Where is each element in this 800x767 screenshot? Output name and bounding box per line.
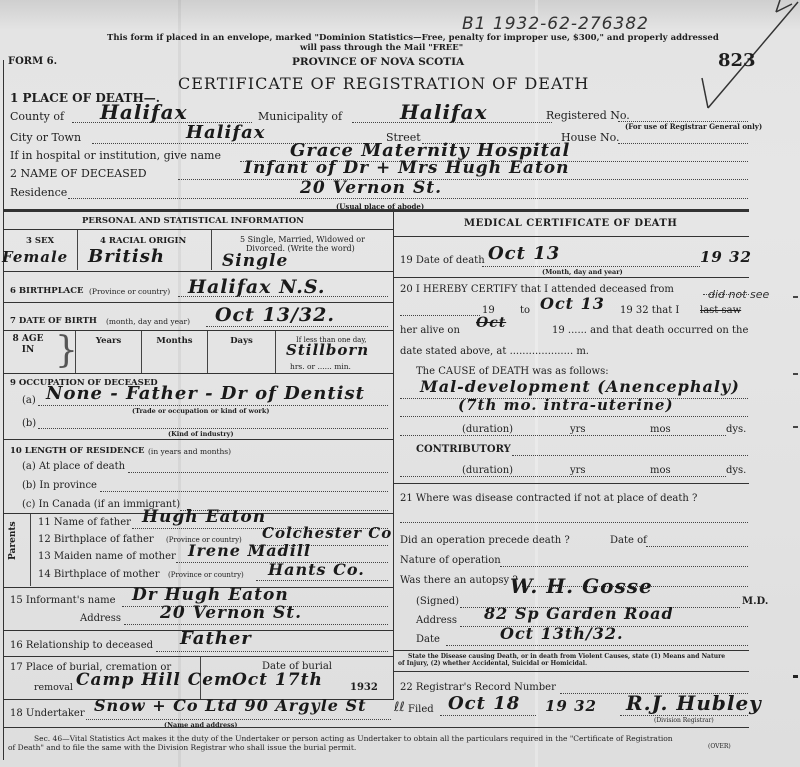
duration-label: (duration) — [462, 424, 513, 435]
municipality-value: Halifax — [400, 100, 488, 124]
certificate-date-value: Oct 13th/32. — [500, 624, 624, 643]
relationship-field-line — [156, 651, 388, 652]
certify-alive-label: her alive on — [400, 325, 460, 336]
mother-birthplace-value: Hants Co. — [268, 560, 365, 579]
footer-line-1: Sec. 46—Vital Statistics Act makes it th… — [34, 734, 673, 743]
certificate-date-line — [446, 645, 748, 646]
marital-status-label: 5 Single, Married, Widowed or — [240, 235, 365, 244]
instructions-line-2: of Injury, (2) whether Accidental, Suici… — [398, 660, 587, 667]
column-divider — [393, 212, 394, 700]
age-value: Stillborn — [286, 341, 369, 359]
date-of-death-label: 19 Date of death — [400, 255, 485, 266]
filed-year: 19 32 — [545, 697, 597, 715]
birthplace-value: Halifax N.S. — [188, 276, 326, 298]
date-of-birth-value: Oct 13/32. — [215, 304, 335, 326]
cause-field-line-2 — [400, 416, 748, 417]
footer-line-2: of Death" and to file the same with the … — [8, 743, 356, 752]
filed-prefix-mark: ℓℓ — [394, 700, 405, 715]
edge-mark — [793, 675, 798, 678]
death-certificate-page: B1 1932-62-276382 This form if placed in… — [0, 0, 800, 767]
occupation-a-note: (Trade or occupation or kind of work) — [132, 407, 269, 415]
duration-dys: dys. — [726, 424, 746, 435]
undertaker-label: 18 Undertaker — [10, 708, 85, 719]
archive-annotation-number: B1 1932-62-276382 — [462, 14, 649, 34]
age-months-label: Months — [142, 336, 207, 346]
row-line — [3, 439, 393, 440]
parents-divider — [30, 514, 31, 586]
informant-address-value: 20 Vernon St. — [160, 603, 302, 623]
certify-to-year: 19 32 that I — [620, 305, 679, 316]
md-label: M.D. — [742, 596, 768, 607]
certify-last-saw: last saw — [700, 305, 741, 316]
signed-label: (Signed) — [416, 596, 459, 607]
occupation-b-prefix: (b) — [22, 418, 36, 429]
duration-field-line — [400, 435, 726, 436]
duration-mos: mos — [650, 424, 671, 435]
age-hrs-min: hrs. or ...... min. — [290, 362, 351, 371]
burial-removal-label: removal — [34, 682, 73, 693]
operation-nature-line — [500, 566, 748, 567]
row-line — [393, 671, 749, 672]
father-birthplace-value: Colchester Co — [262, 524, 392, 542]
occupation-a-field-line — [38, 405, 388, 406]
informant-address-field-line — [124, 624, 388, 625]
sex-label: 3 SEX — [10, 236, 70, 246]
certify-annotation: did not see — [708, 288, 769, 301]
residence-value: 20 Vernon St. — [300, 178, 442, 198]
age-days-label: Days — [208, 336, 275, 346]
operation-label: Did an operation precede death ? — [400, 535, 570, 546]
section-divider — [3, 209, 749, 212]
birthplace-label: 6 BIRTHPLACE — [10, 286, 84, 296]
parents-side-label: Parents — [8, 521, 18, 560]
municipality-label: Municipality of — [258, 110, 342, 123]
physician-address-label: Address — [416, 615, 457, 626]
registrar-signature-line — [620, 715, 748, 716]
residence-length-note: (in years and months) — [148, 447, 231, 456]
left-border — [3, 60, 4, 760]
contributory-duration-line — [400, 476, 726, 477]
deceased-name-label: 2 NAME OF DECEASED — [10, 167, 147, 180]
row-line — [393, 236, 749, 237]
stamp-number: 823 — [718, 50, 756, 71]
mother-maiden-label: 13 Maiden name of mother — [38, 551, 176, 562]
burial-place-value: Camp Hill Cem — [76, 670, 233, 690]
date-of-birth-label: 7 DATE OF BIRTH — [10, 316, 97, 326]
edge-mark — [793, 296, 798, 298]
certify-occurred: 19 ...... and that death occurred on the — [552, 325, 748, 336]
row-line — [3, 271, 393, 272]
province-heading: PROVINCE OF NOVA SCOTIA — [292, 56, 464, 68]
registered-no-note: (For use of Registrar General only) — [625, 122, 762, 131]
relationship-label: 16 Relationship to deceased — [10, 640, 153, 651]
deceased-name-field-line — [178, 179, 748, 180]
age-label-2: IN — [10, 345, 46, 355]
residence-field-line — [68, 198, 748, 199]
cell-divider — [275, 331, 276, 373]
residence-a-field-line — [128, 472, 388, 473]
contributory-yrs: yrs — [570, 465, 586, 476]
residence-in-province: (b) In province — [22, 480, 97, 491]
relationship-value: Father — [180, 628, 252, 649]
footer-over: (OVER) — [708, 743, 731, 750]
sex-value: Female — [2, 248, 68, 266]
certify-time: date stated above, at ..................… — [400, 346, 589, 357]
row-line — [393, 277, 749, 278]
certificate-date-label: Date — [416, 634, 440, 645]
occupation-b-note: (Kind of industry) — [168, 430, 234, 438]
row-line — [3, 727, 749, 728]
edge-mark — [793, 373, 798, 375]
certify-to-label: to — [520, 305, 530, 316]
cause-of-death-value-2: (7th mo. intra-uterine) — [458, 396, 674, 414]
occupation-a-value: None - Father - Dr of Dentist — [46, 383, 365, 404]
age-label: 8 AGE — [10, 334, 46, 344]
contributory-dys: dys. — [726, 465, 746, 476]
dob-field-line — [206, 326, 388, 327]
birthplace-note: (Province or country) — [89, 287, 170, 296]
mail-notice-2: will pass through the Mail "FREE" — [300, 43, 463, 53]
informant-name-label: 15 Informant's name — [10, 595, 116, 606]
row-line — [393, 483, 749, 484]
marital-status-value: Single — [222, 251, 288, 271]
hospital-label: If in hospital or institution, give name — [10, 149, 221, 162]
county-label: County of — [10, 110, 64, 123]
mother-maiden-value: Irene Madill — [188, 541, 311, 560]
deceased-name-value: Infant of Dr + Mrs Hugh Eaton — [244, 158, 570, 178]
instructions-line-1: State the Disease causing Death, or in d… — [408, 653, 725, 660]
filed-date-value: Oct 18 — [448, 693, 520, 714]
age-years-label: Years — [76, 336, 141, 346]
undertaker-value: Snow + Co Ltd 90 Argyle St — [94, 696, 367, 715]
operation-nature-label: Nature of operation — [400, 555, 501, 566]
contributory-mos: mos — [650, 465, 671, 476]
operation-date-line — [646, 546, 748, 547]
personal-section-title: PERSONAL AND STATISTICAL INFORMATION — [82, 216, 304, 226]
mail-notice: This form if placed in an envelope, mark… — [107, 33, 719, 43]
informant-name-value: Dr Hugh Eaton — [132, 585, 289, 605]
operation-date-label: Date of — [610, 535, 647, 546]
house-no-field-line — [618, 143, 748, 144]
contributory-label: CONTRIBUTORY — [416, 444, 511, 455]
mother-birthplace-note: (Province or country) — [168, 571, 244, 579]
physician-signature: W. H. Gosse — [510, 574, 653, 598]
certificate-title: CERTIFICATE OF REGISTRATION OF DEATH — [178, 74, 589, 93]
contributory-field-line — [512, 455, 748, 456]
row-line — [393, 650, 749, 651]
residence-b-field-line — [100, 491, 388, 492]
contributory-duration-label: (duration) — [462, 465, 513, 476]
date-of-death-value: Oct 13 — [488, 243, 560, 264]
date-of-birth-note: (month, day and year) — [106, 317, 190, 326]
row-line — [3, 229, 393, 230]
certify-to-value: Oct 13 — [540, 294, 605, 313]
cause-of-death-value-1: Mal-development (Anencephaly) — [420, 377, 740, 396]
father-name-label: 11 Name of father — [38, 517, 131, 528]
residence-at-place-of-death: (a) At place of death — [22, 461, 125, 472]
mother-birthplace-field-line — [256, 580, 388, 581]
mother-birthplace-label: 14 Birthplace of mother — [38, 569, 160, 580]
row-line — [3, 373, 393, 374]
form-number: FORM 6. — [8, 56, 57, 67]
certify-label: 20 I HEREBY CERTIFY that I attended dece… — [400, 284, 674, 295]
cause-of-death-label: The CAUSE of DEATH was as follows: — [416, 366, 609, 377]
racial-origin-value: British — [88, 246, 165, 267]
burial-date-year: 1932 — [350, 682, 378, 693]
filed-date-line — [440, 715, 536, 716]
row-line — [3, 302, 393, 303]
occupation-b-field-line — [38, 428, 388, 429]
cell-divider — [211, 230, 212, 270]
medical-section-title: MEDICAL CERTIFICATE OF DEATH — [464, 218, 677, 229]
occupation-a-prefix: (a) — [22, 395, 36, 406]
racial-origin-label: 4 RACIAL ORIGIN — [100, 236, 186, 246]
city-label: City or Town — [10, 131, 81, 144]
residence-length-label: 10 LENGTH OF RESIDENCE — [10, 446, 145, 456]
city-value: Halifax — [186, 122, 265, 143]
certify-alive-value: Oct — [476, 315, 506, 331]
contracted-field-line — [400, 522, 748, 523]
disease-contracted-label: 21 Where was disease contracted if not a… — [400, 493, 697, 504]
duration-yrs: yrs — [570, 424, 586, 435]
informant-address-label: Address — [80, 613, 121, 624]
cell-divider — [77, 230, 78, 270]
county-value: Halifax — [100, 100, 188, 124]
father-name-value: Hugh Eaton — [142, 507, 266, 527]
autopsy-label: Was there an autopsy ? — [400, 575, 518, 586]
burial-date-value: Oct 17th — [232, 670, 323, 690]
certify-from-date-line — [400, 315, 480, 316]
undertaker-field-line — [86, 719, 391, 720]
registrar-note: (Division Registrar) — [654, 717, 714, 724]
residence-label: Residence — [10, 186, 67, 199]
physician-address-value: 82 Sp Garden Road — [484, 604, 674, 623]
row-line — [3, 656, 393, 657]
date-of-death-field-line — [482, 266, 700, 267]
date-of-death-year: 19 32 — [700, 248, 752, 266]
filed-label: Filed — [408, 704, 434, 715]
registrar-record-label: 22 Registrar's Record Number — [400, 682, 556, 693]
edge-mark — [793, 426, 798, 428]
father-birthplace-label: 12 Birthplace of father — [38, 534, 154, 545]
date-of-death-note: (Month, day and year) — [542, 268, 623, 276]
registrar-signature: R.J. Hubley — [626, 691, 762, 715]
